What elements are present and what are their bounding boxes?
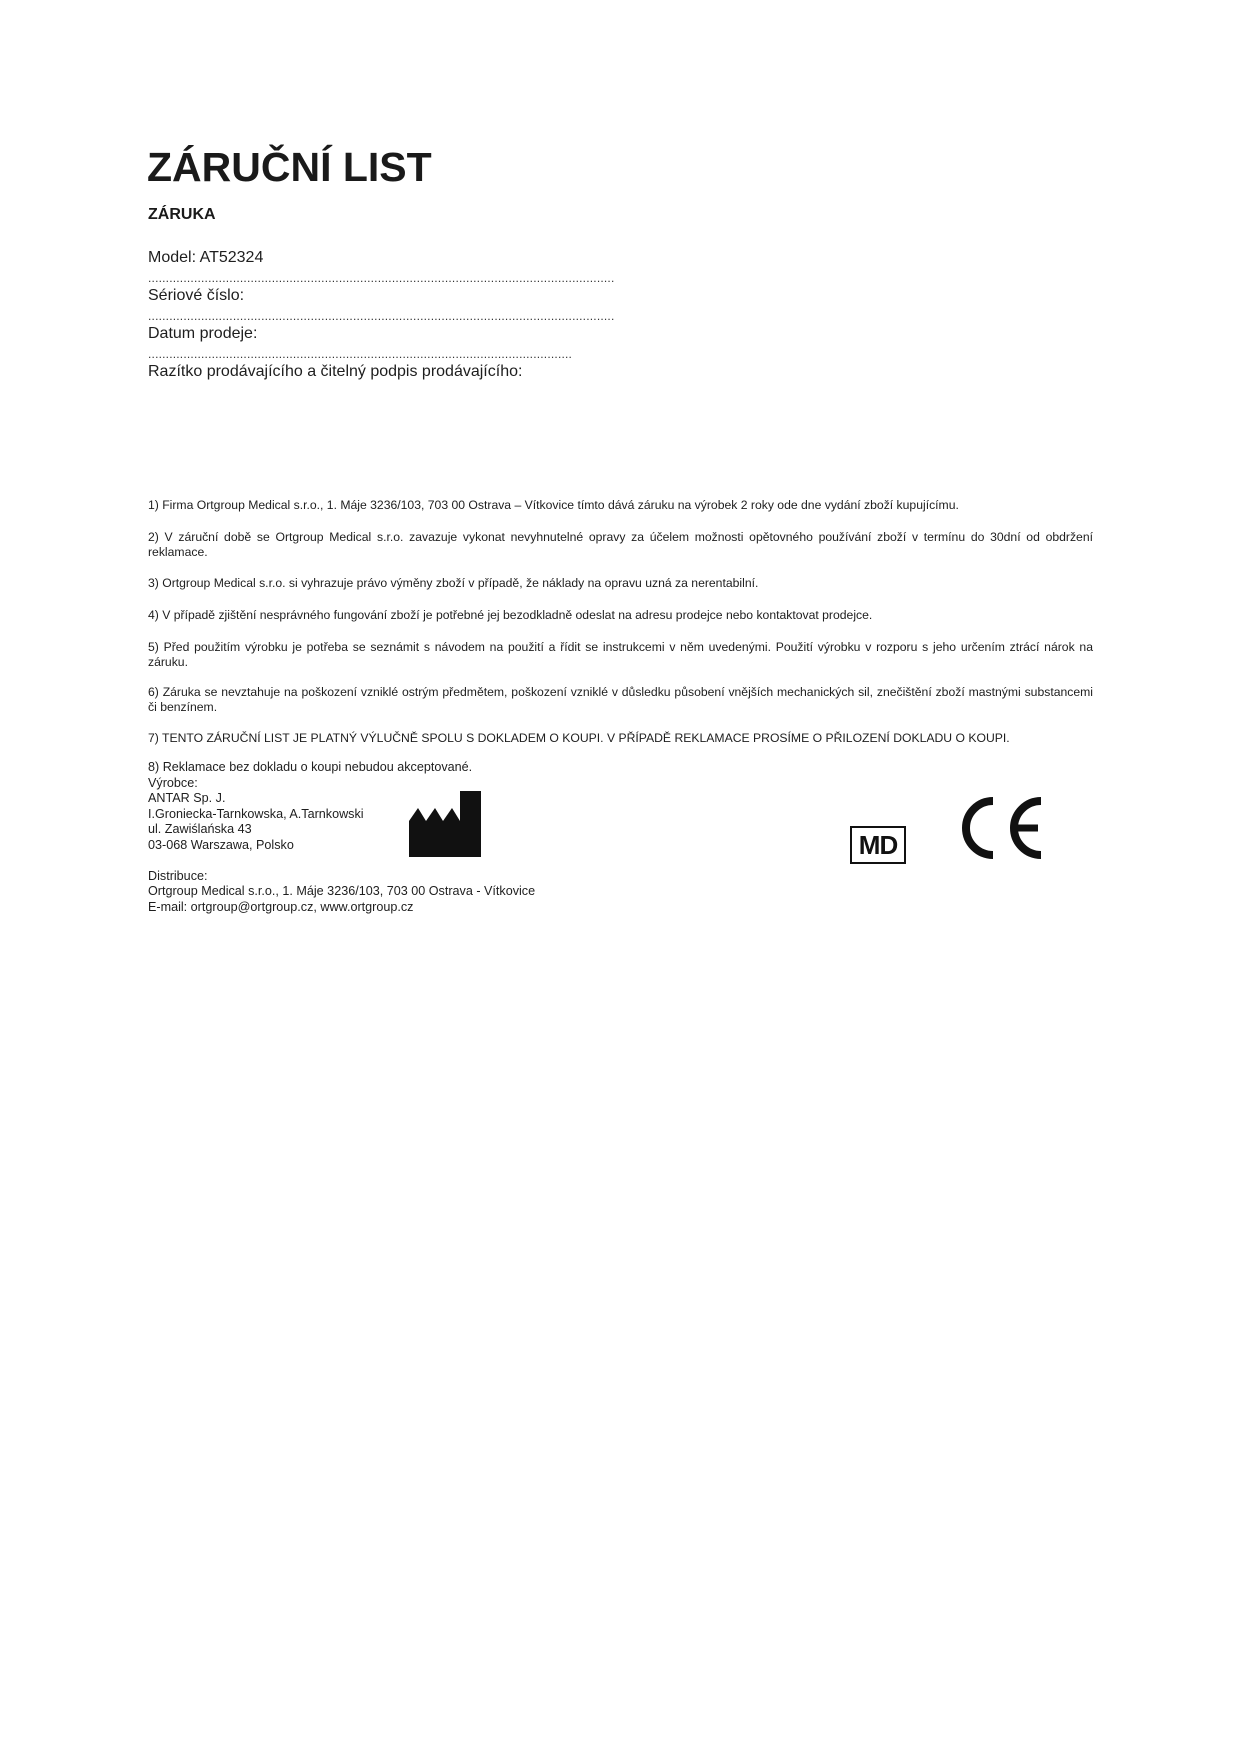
warranty-clause-7: 7) TENTO ZÁRUČNÍ LIST JE PLATNÝ VÝLUČNĚ … <box>148 731 1093 746</box>
distribution-label: Distribuce: <box>148 869 535 885</box>
warranty-clause-3: 3) Ortgroup Medical s.r.o. si vyhrazuje … <box>148 576 1093 591</box>
warranty-clause-8: 8) Reklamace bez dokladu o koupi nebudou… <box>148 760 535 776</box>
date-dotted-line: ........................................… <box>148 348 699 360</box>
warranty-clause-4: 4) V případě zjištění nesprávného fungov… <box>148 608 1093 623</box>
sale-date-field: Datum prodeje: <box>148 324 257 343</box>
model-field: Model: AT52324 <box>148 248 263 267</box>
ce-mark-icon <box>958 795 1046 861</box>
warranty-clause-1: 1) Firma Ortgroup Medical s.r.o., 1. Máj… <box>148 498 1093 513</box>
model-dotted-line: ........................................… <box>148 272 766 284</box>
distribution-line: E-mail: ortgroup@ortgroup.cz, www.ortgro… <box>148 900 535 916</box>
md-symbol: MD <box>850 826 906 864</box>
manufacturer-label: Výrobce: <box>148 776 535 792</box>
distribution-line: Ortgroup Medical s.r.o., 1. Máje 3236/10… <box>148 884 535 900</box>
seller-signature-field: Razítko prodávajícího a čitelný podpis p… <box>148 362 522 381</box>
page-title: ZÁRUČNÍ LIST <box>147 143 432 191</box>
serial-dotted-line: ........................................… <box>148 310 766 322</box>
factory-icon <box>409 791 481 857</box>
section-heading: ZÁRUKA <box>148 205 216 225</box>
warranty-clause-6: 6) Záruka se nevztahuje na poškození vzn… <box>148 685 1093 714</box>
warranty-clause-5: 5) Před použitím výrobku je potřeba se s… <box>148 640 1093 669</box>
warranty-clause-2: 2) V záruční době se Ortgroup Medical s.… <box>148 530 1093 559</box>
serial-number-field: Sériové číslo: <box>148 286 244 305</box>
